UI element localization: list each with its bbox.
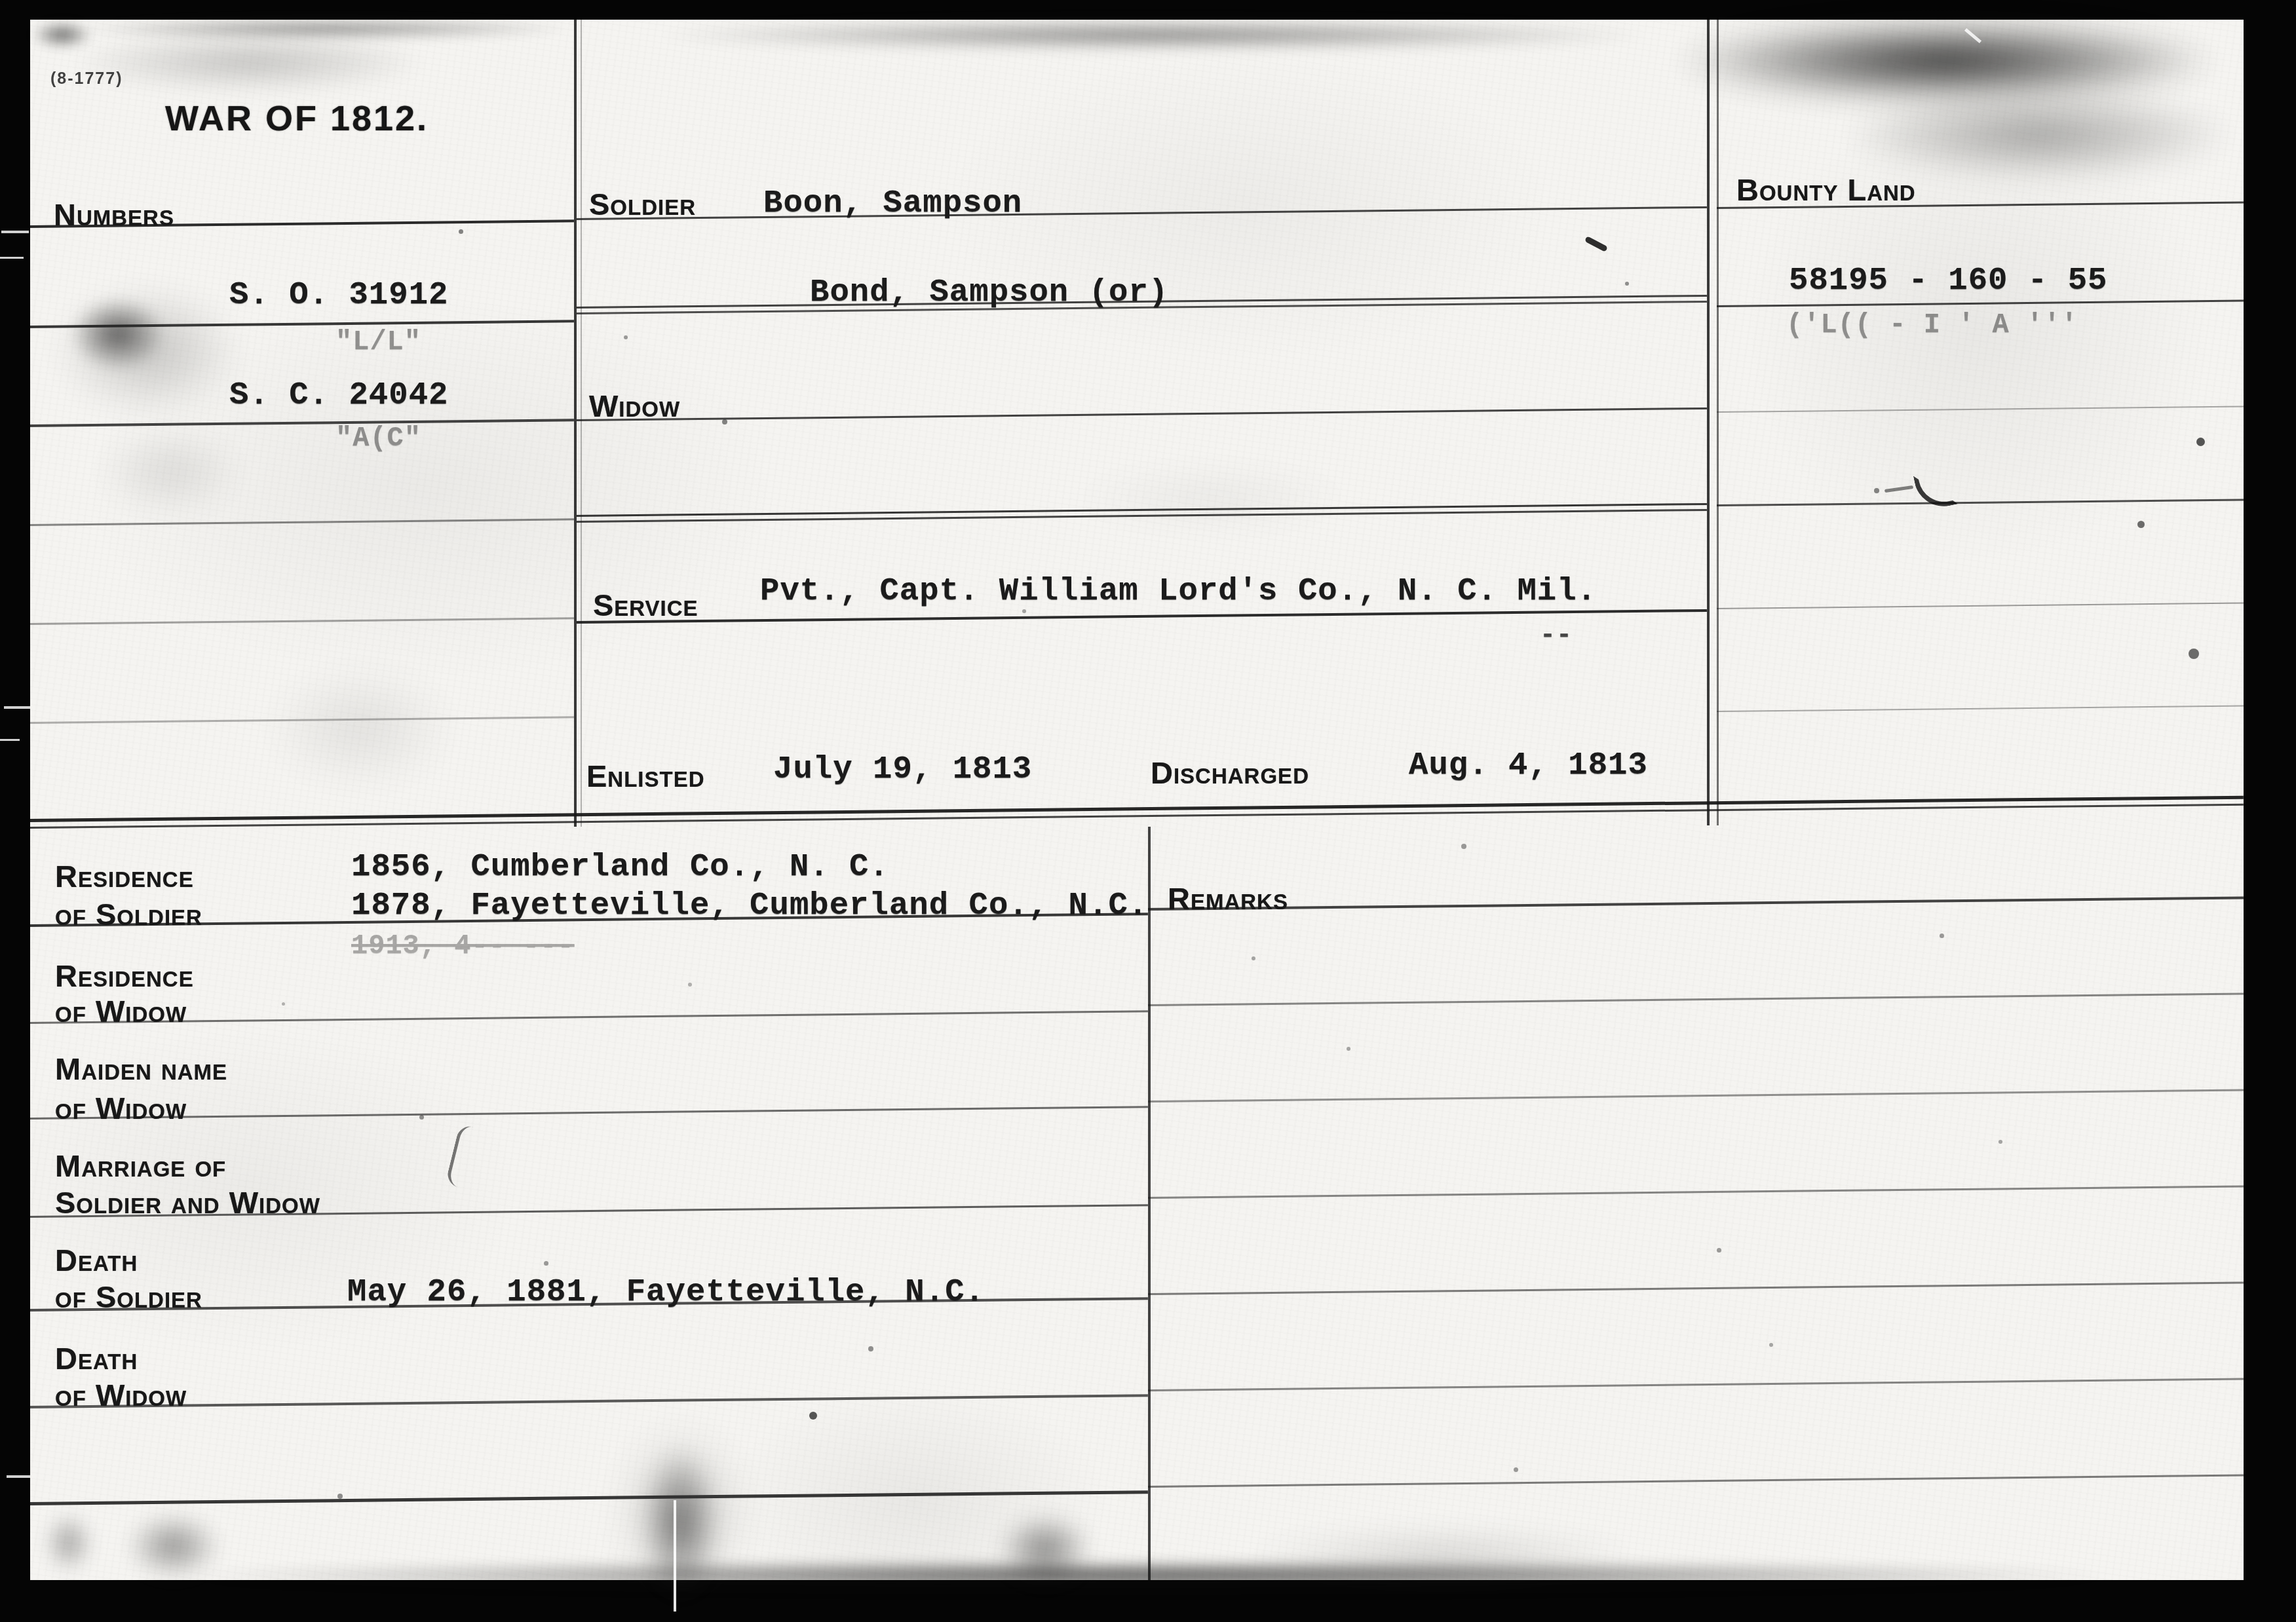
- scan-smudge: [249, 655, 472, 799]
- dust-speck: [1999, 1140, 2002, 1144]
- dust-speck: [688, 983, 692, 987]
- service-stray-mark: --: [1540, 621, 1573, 651]
- death-widow-label-line1: Death: [55, 1340, 138, 1376]
- dust-speck: [868, 1346, 873, 1351]
- dust-speck: [2189, 649, 2199, 659]
- residence-soldier-value-1: 1856, Cumberland Co., N. C.: [351, 848, 889, 885]
- bounty-land-overstrike: ('L(( - I ' A ''': [1786, 309, 2078, 341]
- soldier-name-value: Boon, Sampson: [763, 185, 1022, 221]
- scan-page: (8-1777) WAR OF 1812. Numbers S. O. 3191…: [0, 0, 2296, 1622]
- column-divider: [574, 20, 577, 827]
- dust-speck: [809, 1412, 817, 1420]
- maiden-name-label-line2: of Widow: [55, 1090, 187, 1126]
- marriage-label-line1: Marriage of: [55, 1148, 226, 1184]
- residence-soldier-overstrike: 1913, 4-- ---: [351, 930, 575, 962]
- card-title: WAR OF 1812.: [165, 98, 429, 139]
- enlisted-value: July 19, 1813: [773, 751, 1032, 787]
- film-scratch-artifact: [7, 1475, 30, 1478]
- scan-smudge: [26, 18, 98, 51]
- marriage-label-line2: Soldier and Widow: [55, 1184, 320, 1220]
- dust-speck: [1022, 609, 1026, 613]
- service-value: Pvt., Capt. William Lord's Co., N. C. Mi…: [760, 573, 1597, 609]
- scan-smudge: [0, 1559, 2296, 1592]
- dust-speck: [722, 419, 727, 424]
- residence-widow-label-line2: of Widow: [55, 993, 187, 1029]
- right-border: [2244, 0, 2296, 1622]
- film-scratch-artifact: [1, 231, 29, 233]
- bounty-land-value: 58195 - 160 - 55: [1789, 262, 2107, 299]
- residence-soldier-label-line2: of Soldier: [55, 896, 202, 932]
- residence-widow-label-line1: Residence: [55, 958, 194, 994]
- dust-speck: [624, 335, 628, 339]
- death-soldier-value: May 26, 1881, Fayetteville, N.C.: [347, 1273, 985, 1310]
- numbers-label: Numbers: [54, 197, 174, 233]
- scan-smudge: [564, 17, 1743, 53]
- scan-smudge: [1048, 459, 1376, 537]
- scan-smudge: [85, 419, 256, 524]
- film-scratch-artifact: [0, 257, 24, 259]
- enlisted-label: Enlisted: [586, 758, 705, 794]
- death-soldier-label-line1: Death: [55, 1242, 138, 1278]
- scan-smudge: [39, 275, 256, 426]
- film-scratch-artifact: [4, 706, 30, 709]
- dust-speck: [1769, 1343, 1773, 1347]
- maiden-name-label-line1: Maiden name: [55, 1051, 227, 1087]
- column-divider: [1148, 827, 1151, 1580]
- dust-speck: [1717, 1248, 1721, 1253]
- dust-speck: [1252, 956, 1255, 960]
- numbers-so-overstrike: "L/L": [335, 326, 421, 358]
- form-number: (8-1777): [50, 69, 123, 88]
- bounty-land-label: Bounty Land: [1736, 172, 1916, 208]
- discharged-label: Discharged: [1151, 755, 1309, 791]
- film-scratch-artifact: [674, 1500, 676, 1612]
- dust-speck: [2196, 438, 2205, 446]
- death-widow-label-line2: of Widow: [55, 1377, 187, 1413]
- column-divider: [1707, 20, 1710, 825]
- dust-speck: [1461, 844, 1466, 849]
- dust-speck: [282, 1002, 285, 1006]
- soldier-altname-value: Bond, Sampson (or): [810, 274, 1168, 311]
- service-label: Service: [593, 587, 698, 623]
- remarks-label: Remarks: [1168, 880, 1288, 916]
- dust-speck: [1874, 488, 1879, 493]
- residence-soldier-value-2: 1878, Fayetteville, Cumberland Co., N.C.: [351, 887, 1148, 924]
- dust-speck: [1514, 1467, 1518, 1472]
- left-border: [0, 0, 30, 1622]
- dust-speck: [419, 1115, 424, 1120]
- dust-speck: [1625, 282, 1629, 286]
- dust-speck: [337, 1494, 343, 1499]
- soldier-label: Soldier: [589, 186, 696, 222]
- column-divider: [1717, 20, 1719, 825]
- dust-speck: [1347, 1047, 1350, 1051]
- numbers-sc-value: S. C. 24042: [229, 377, 448, 413]
- film-scratch-artifact: [0, 739, 20, 741]
- scan-smudge: [39, 1507, 98, 1579]
- residence-soldier-label-line1: Residence: [55, 858, 194, 894]
- numbers-so-value: S. O. 31912: [229, 276, 448, 313]
- widow-label: Widow: [589, 388, 680, 424]
- dust-speck: [459, 229, 463, 234]
- numbers-sc-overstrike: "A(C": [335, 423, 421, 454]
- dust-speck: [544, 1261, 548, 1266]
- column-divider: [581, 20, 582, 827]
- dust-speck: [1940, 934, 1944, 938]
- death-soldier-label-line2: of Soldier: [55, 1279, 202, 1315]
- dust-speck: [2137, 521, 2145, 528]
- discharged-value: Aug. 4, 1813: [1409, 747, 1648, 783]
